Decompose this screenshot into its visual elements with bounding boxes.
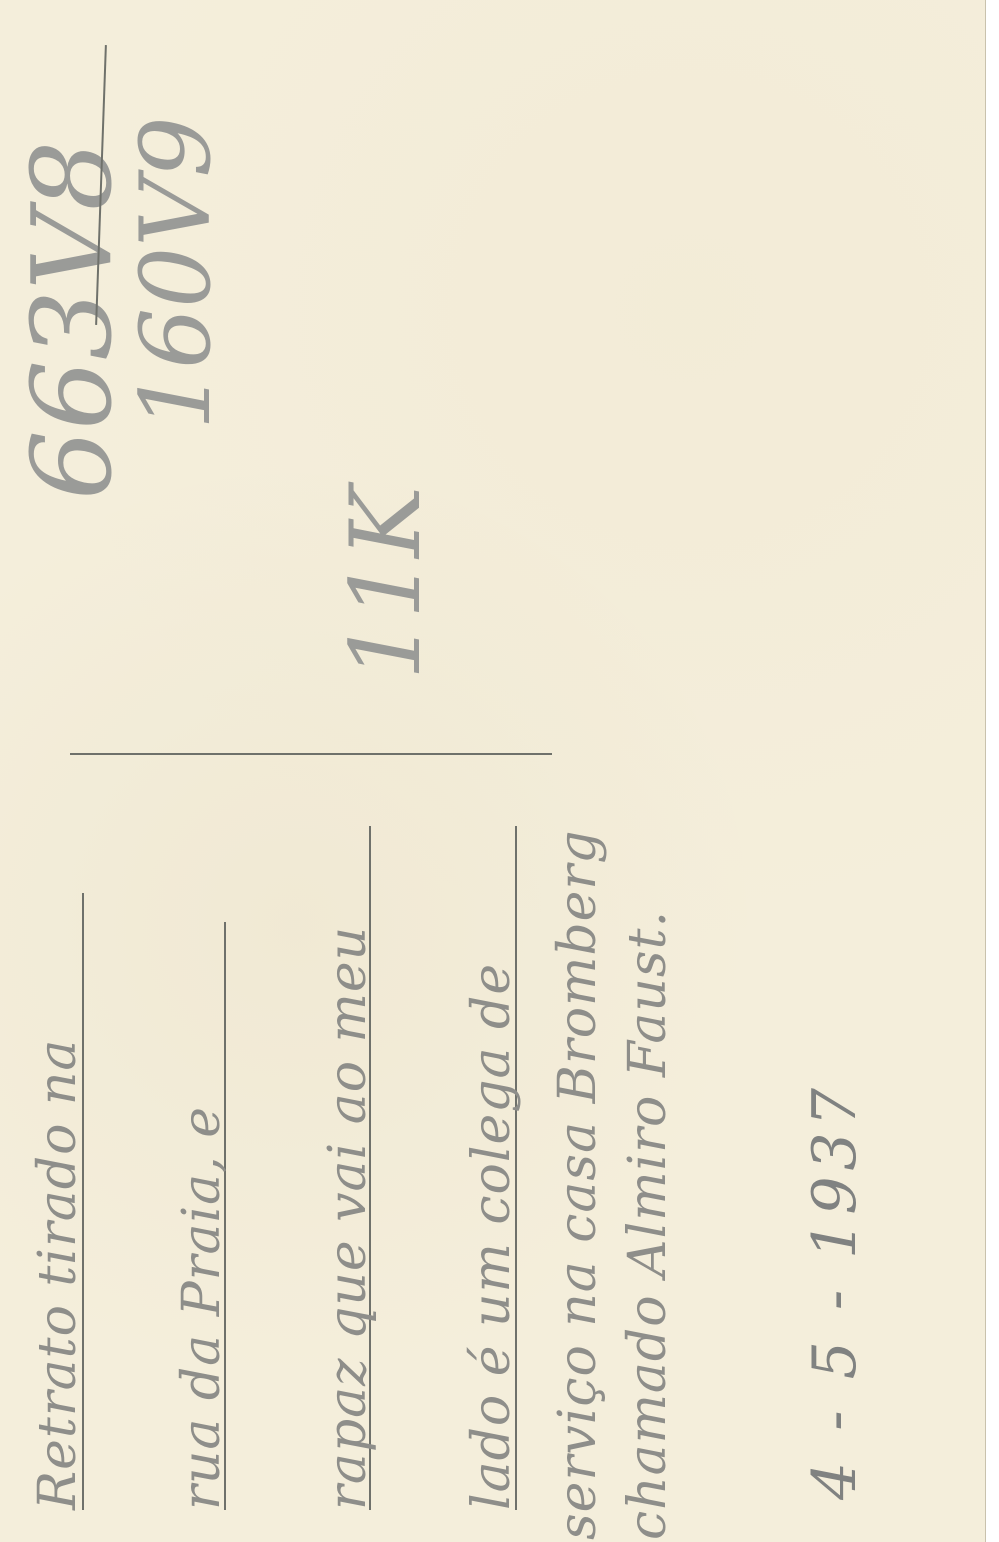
message-line-1: Retrato tirado na	[28, 1039, 88, 1510]
message-line-4: lado é um colega de	[462, 963, 522, 1510]
date-written: 4 - 5 - 1937	[800, 1082, 870, 1500]
catalog-number-bottom: 160V9	[120, 116, 232, 430]
address-divider	[70, 753, 552, 755]
postcard-back: 663V8 160V9 11K Retrato tirado na rua da…	[0, 0, 986, 1542]
catalog-number-top: 663V8	[8, 141, 136, 500]
message-line-2: rua da Praia, e	[172, 1106, 232, 1510]
message-line-6: chamado Almiro Faust.	[618, 910, 678, 1540]
message-line-5: serviço na casa Bromberg	[548, 829, 608, 1540]
archive-code: 11K	[330, 486, 442, 680]
message-line-3: rapaz que vai ao meu	[318, 926, 378, 1510]
